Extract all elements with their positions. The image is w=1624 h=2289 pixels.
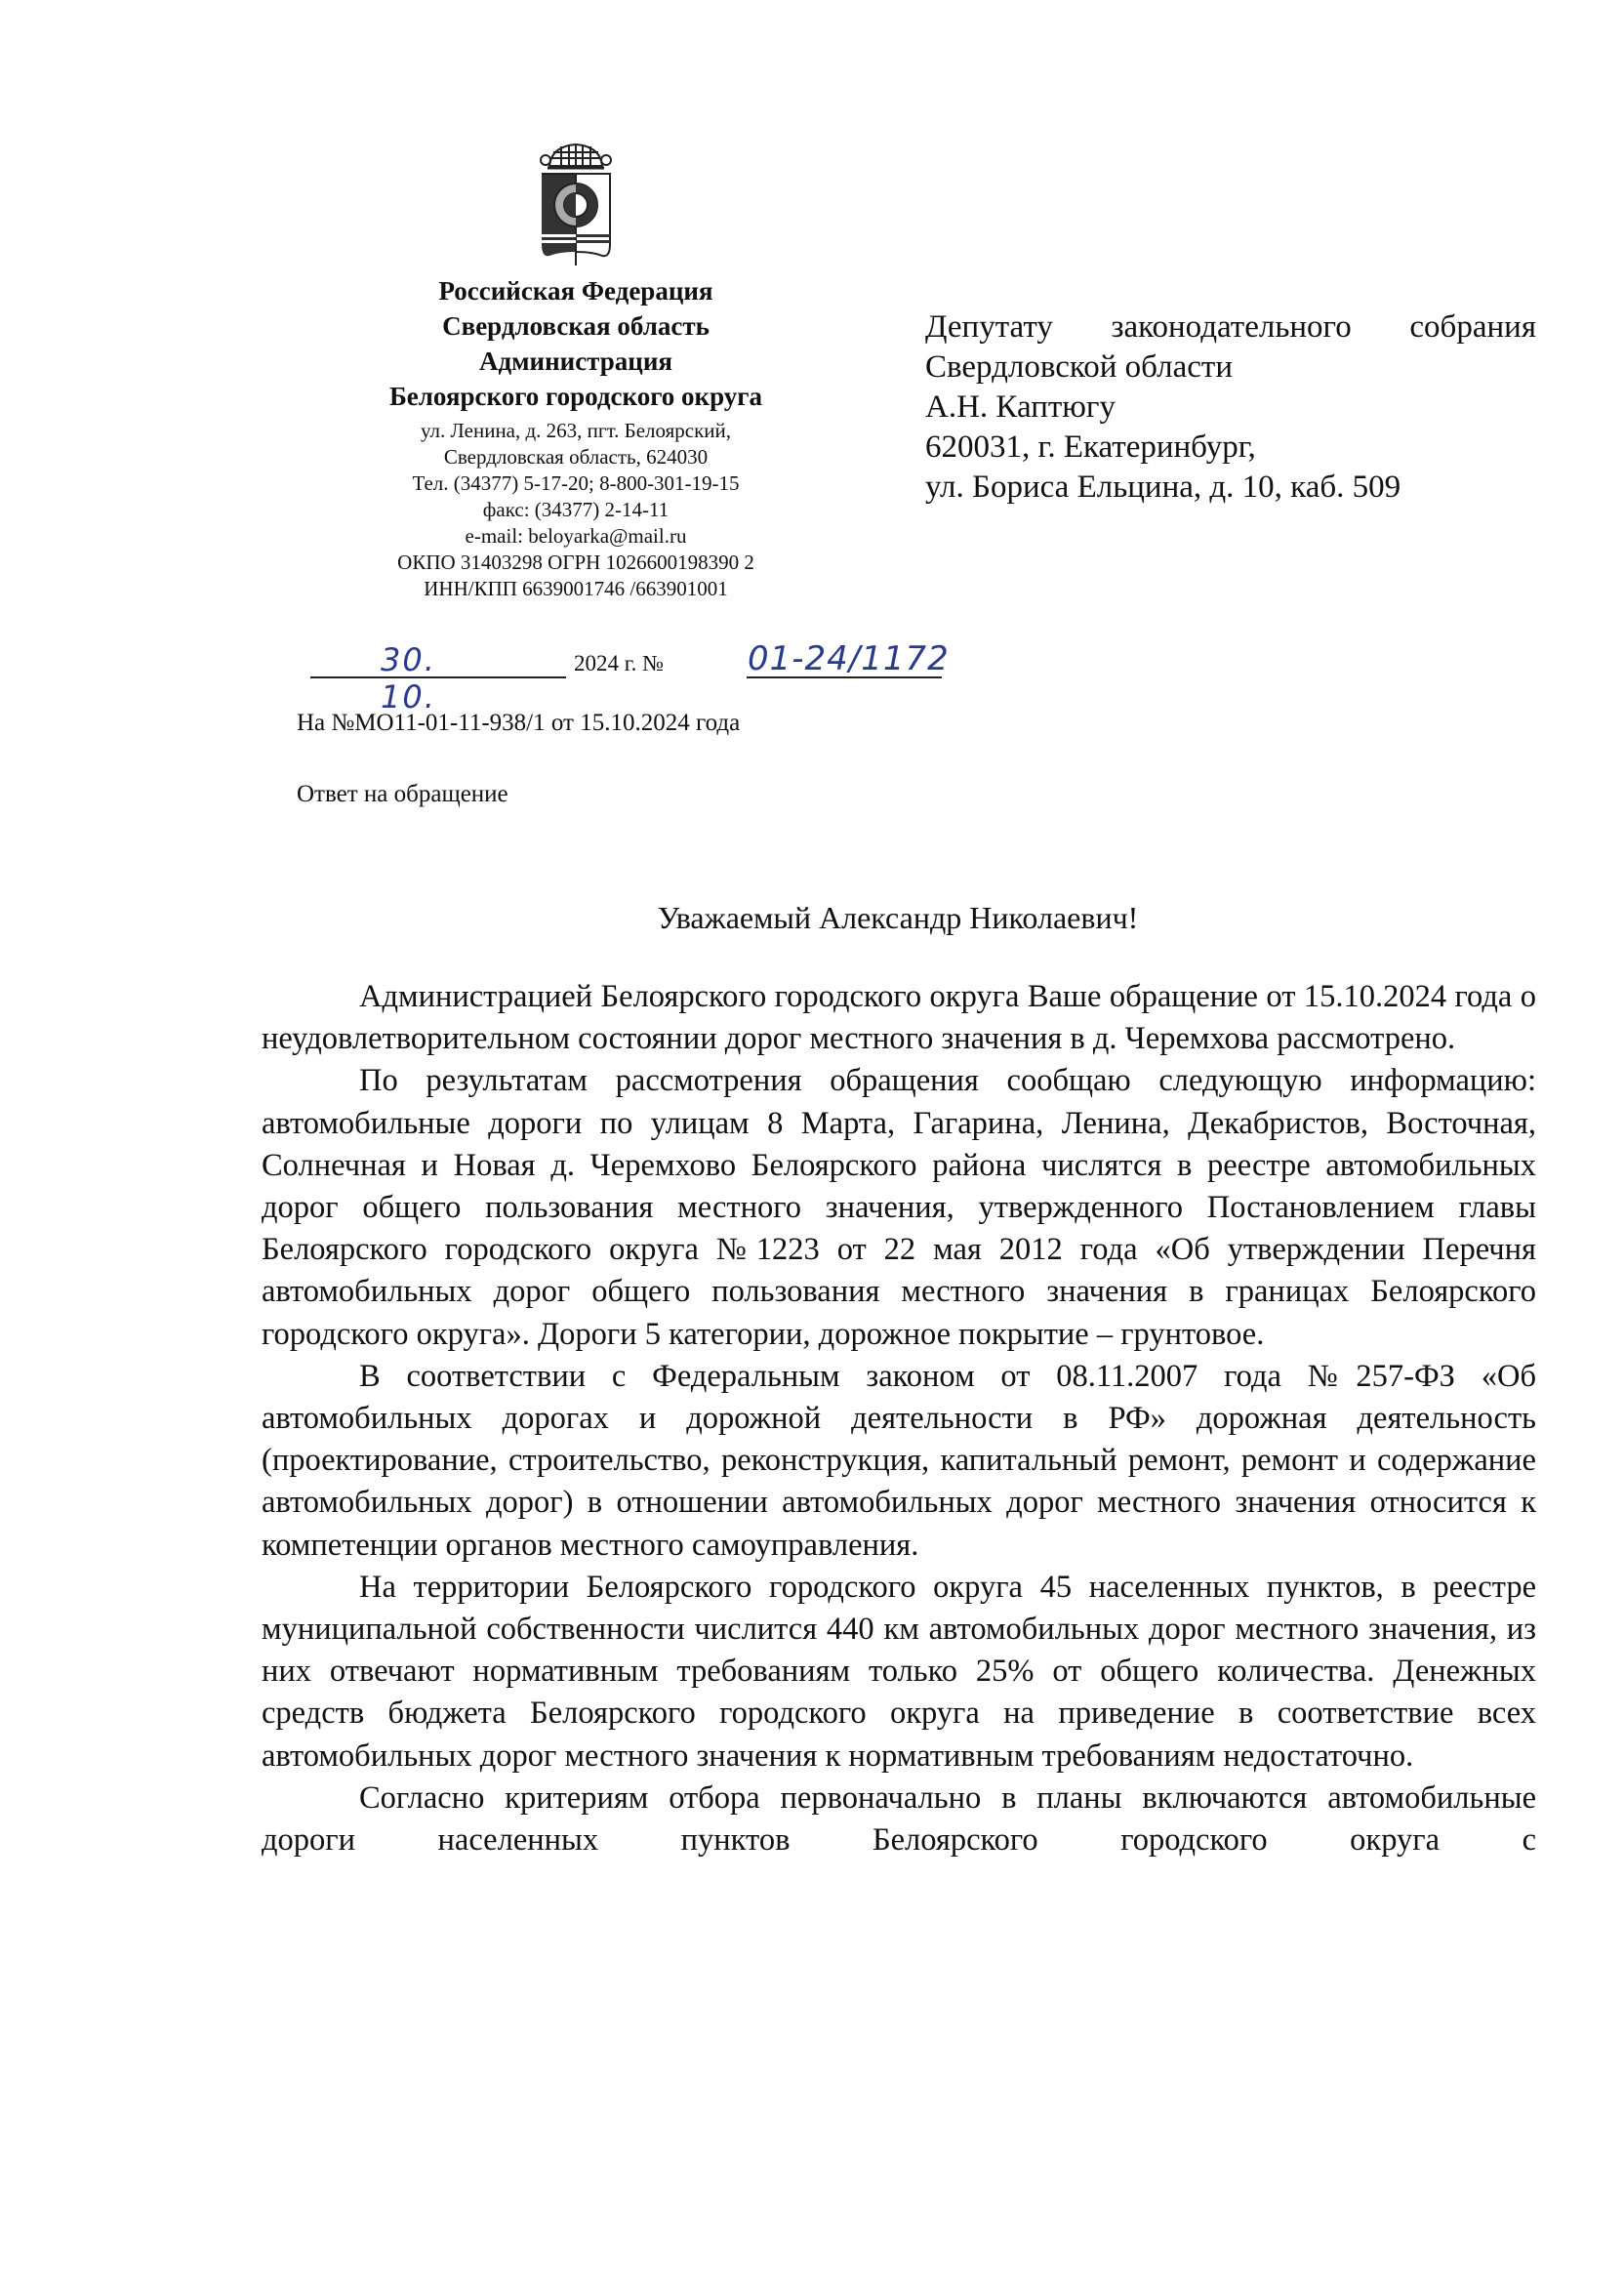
- letterhead-address: ул. Ленина, д. 263, пгт. Белоярский,: [293, 418, 859, 444]
- addressee-block: Депутату законодательного собрания Сверд…: [925, 307, 1536, 508]
- letterhead-okpo-ogrn: ОКПО 31403298 ОГРН 1026600198390 2: [293, 550, 859, 576]
- letterhead-address-region: Свердловская область, 624030: [293, 444, 859, 470]
- reference-line: На №МО11-01-11-938/1 от 15.10.2024 года: [297, 710, 740, 737]
- letterhead-phone: Тел. (34377) 5-17-20; 8-800-301-19-15: [293, 470, 859, 497]
- body-paragraph: Согласно критериям отбора первоначально …: [262, 1778, 1536, 1861]
- letterhead: Российская Федерация Свердловская област…: [293, 137, 859, 602]
- letterhead-region: Свердловская область: [293, 308, 859, 344]
- addressee-city: 620031, г. Екатеринбург,: [925, 428, 1536, 468]
- letterhead-country: Российская Федерация: [293, 273, 859, 308]
- coat-of-arms-icon: [532, 137, 620, 273]
- body-paragraph: По результатам рассмотрения обращения со…: [262, 1060, 1536, 1355]
- addressee-position: Депутату законодательного собрания: [925, 307, 1536, 347]
- addressee-street: ул. Бориса Ельцина, д. 10, каб. 509: [925, 468, 1536, 508]
- registration-year-label: 2024 г. №: [574, 651, 664, 676]
- letterhead-org-name: Белоярского городского округа: [293, 379, 859, 414]
- registration-number-handwritten: 01-24/1172: [748, 639, 950, 678]
- salutation: Уважаемый Александр Николаевич!: [234, 900, 1562, 936]
- body-paragraph: Администрацией Белоярского городского ок…: [262, 976, 1536, 1060]
- letterhead-org: Администрация: [293, 344, 859, 379]
- date-underline: [310, 676, 566, 678]
- subject-line: Ответ на обращение: [297, 781, 508, 808]
- body-paragraph: В соответствии с Федеральным законом от …: [262, 1356, 1536, 1567]
- addressee-name: А.Н. Каптюгу: [925, 388, 1536, 428]
- body-paragraph: На территории Белоярского городского окр…: [262, 1567, 1536, 1778]
- letterhead-inn-kpp: ИНН/КПП 6639001746 /663901001: [293, 576, 859, 602]
- registration-date-handwritten: 30. 10.: [381, 641, 436, 715]
- letter-body: Администрацией Белоярского городского ок…: [262, 976, 1536, 1861]
- addressee-region: Свердловской области: [925, 347, 1536, 388]
- letterhead-email: e-mail: beloyarka@mail.ru: [293, 523, 859, 550]
- letterhead-fax: факс: (34377) 2-14-11: [293, 497, 859, 523]
